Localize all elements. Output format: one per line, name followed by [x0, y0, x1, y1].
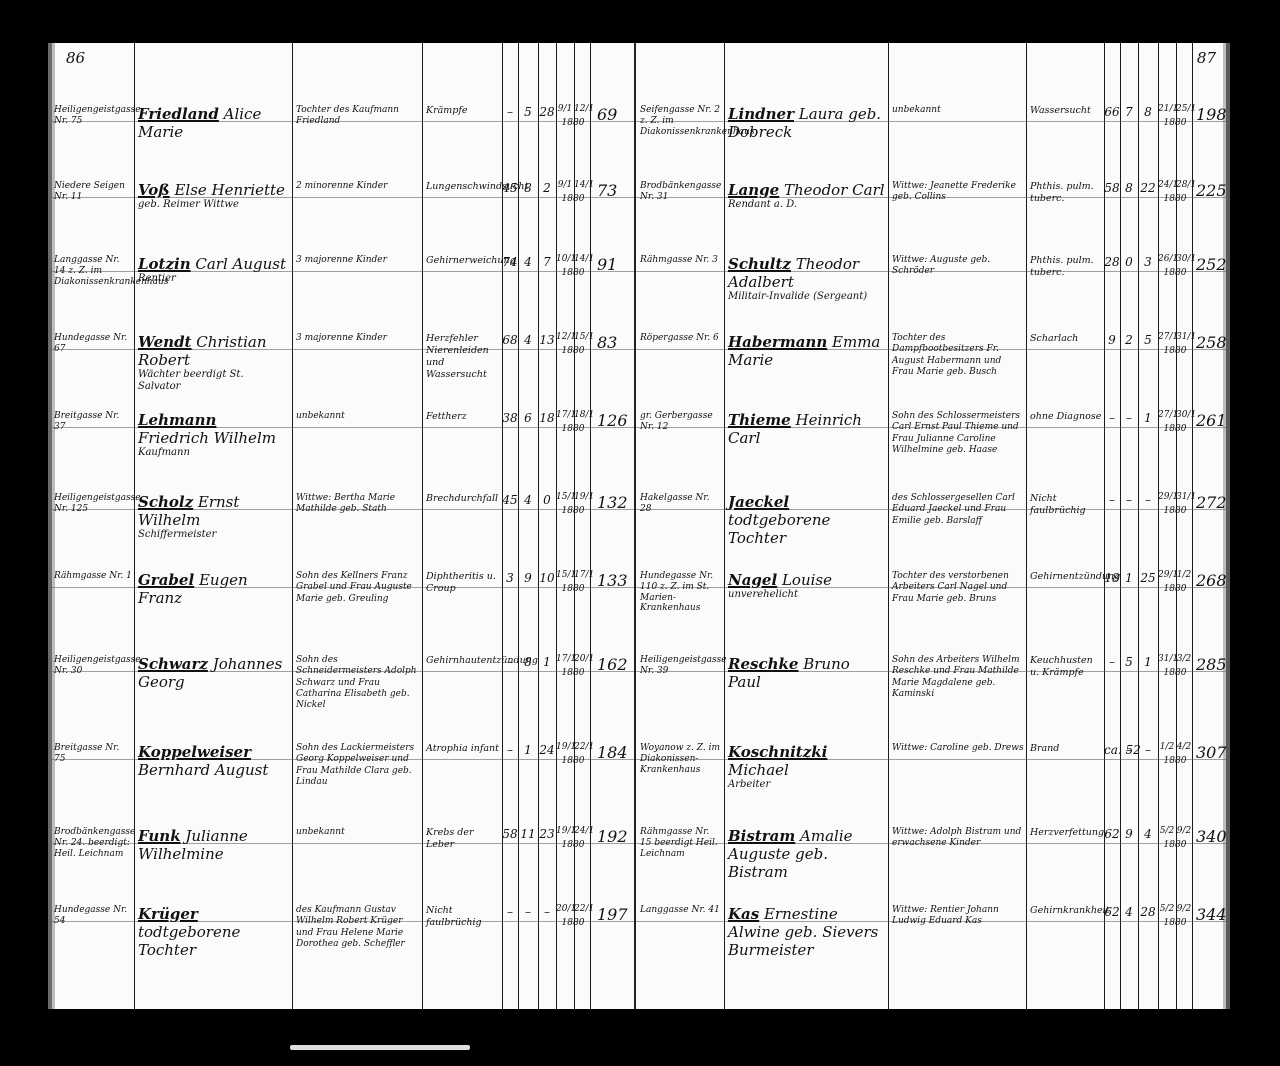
entry-death-date: 5/2: [1158, 905, 1176, 915]
entry-age-years: ca. 52: [1104, 743, 1120, 757]
entry-age-days: 1: [1138, 655, 1158, 669]
entry-given-names: Louise: [782, 571, 832, 589]
entry-surname: Grabel: [138, 571, 194, 589]
entry-age-years: 68: [502, 333, 518, 347]
entry-year: 1880: [556, 919, 590, 929]
entry-age-months: 2: [1120, 333, 1138, 347]
entry-age-days: 5: [1138, 333, 1158, 347]
entry-year: 1880: [1158, 669, 1192, 679]
entry-name: Schultz Theodor AdalbertMilitair-Invalid…: [728, 255, 886, 303]
entry-burial-date: 24/1: [574, 827, 590, 837]
entry-surname: Lehmann: [138, 411, 216, 429]
entry-burial-date: 19/1: [574, 493, 590, 503]
entry-age-months: –: [1120, 411, 1138, 425]
entry-surname: Koppelweiser: [138, 743, 251, 761]
entry-address: Niedere Seigen Nr. 11: [54, 181, 132, 203]
entry-register-number: 272: [1196, 493, 1226, 512]
entry-age-months: 8: [1120, 181, 1138, 195]
entry-survivors: Sohn des Arbeiters Wilhelm Reschke und F…: [892, 655, 1024, 700]
entry-name: Scholz Ernst WilhelmSchiffermeister: [138, 493, 288, 541]
entry-register-number: 73: [597, 181, 637, 200]
entry-given-names: Theodor Carl: [784, 181, 885, 199]
entry-year: 1880: [556, 195, 590, 205]
entry-age-days: 22: [1138, 181, 1158, 195]
entry-address: Heiligengeistgasse Nr. 39: [640, 655, 722, 677]
entry-surname: Habermann: [728, 333, 827, 351]
entry-burial-date: 30/1: [1176, 255, 1192, 265]
entry-occupation: Rendant a. D.: [728, 199, 886, 211]
entry-surname: Funk: [138, 827, 181, 845]
entry-age-days: 1: [538, 655, 556, 669]
entry-age-months: 9: [518, 571, 538, 585]
entry-name: Koschnitzki MichaelArbeiter: [728, 743, 886, 791]
entry-cause-of-death: Phthis. pulm. tuberc.: [1030, 255, 1104, 279]
entry-name: Jaeckel todtgeborene Tochter: [728, 493, 886, 547]
entry-survivors: des Kaufmann Gustav Wilhelm Robert Krüge…: [296, 905, 420, 950]
entry-name: Habermann Emma Marie: [728, 333, 886, 369]
entry-year: 1880: [1158, 425, 1192, 435]
entry-year: 1880: [1158, 507, 1192, 517]
entry-cause-of-death: Brechdurchfall: [426, 493, 502, 505]
entry-cause-of-death: Brand: [1030, 743, 1104, 755]
entry-register-number: 344: [1196, 905, 1226, 924]
entry-cause-of-death: Gehirnentzündung: [1030, 571, 1104, 583]
entry-surname: Nagel: [728, 571, 777, 589]
entry-register-number: 252: [1196, 255, 1226, 274]
entry-address: Heiligengeistgasse Nr. 75: [54, 105, 132, 127]
entry-address: Hundegasse Nr. 110 z. Z. im St. Marien-K…: [640, 571, 722, 614]
entry-address: Langgasse Nr. 41: [640, 905, 722, 916]
entry-survivors: Wittwe: Adolph Bistram und erwachsene Ki…: [892, 827, 1024, 850]
entry-age-years: –: [502, 905, 518, 919]
entry-name: Funk Julianne Wilhelmine: [138, 827, 288, 863]
entry-name: Lindner Laura geb. Dobreck: [728, 105, 886, 141]
entry-register-number: 307: [1196, 743, 1226, 762]
entry-surname: Friedland: [138, 105, 219, 123]
entry-age-days: –: [1138, 743, 1158, 757]
entry-cause-of-death: Nicht faulbrüchig: [426, 905, 502, 929]
entry-survivors: Tochter des verstorbenen Arbeiters Carl …: [892, 571, 1024, 605]
entry-survivors: 3 majorenne Kinder: [296, 255, 420, 266]
entry-death-date: 26/1: [1158, 255, 1176, 265]
entry-death-date: 24/1: [1158, 181, 1176, 191]
entry-register-number: 126: [597, 411, 637, 430]
entry-register-number: 225: [1196, 181, 1226, 200]
entry-death-date: 5/2: [1158, 827, 1176, 837]
entry-burial-date: 9/2: [1176, 827, 1192, 837]
entry-address: Röpergasse Nr. 6: [640, 333, 722, 344]
entry-surname: Bistram: [728, 827, 795, 845]
entry-address: Rähmgasse Nr. 1: [54, 571, 132, 582]
entry-age-days: –: [538, 905, 556, 919]
entry-age-days: 18: [538, 411, 556, 425]
entry-survivors: Wittwe: Jeanette Frederike geb. Collins: [892, 181, 1024, 204]
entry-age-months: 9: [1120, 827, 1138, 841]
entry-survivors: Sohn des Schneidermeisters Adolph Schwar…: [296, 655, 420, 711]
entry-surname: Voß: [138, 181, 170, 199]
entry-cause-of-death: Herzfehler Nierenleiden und Wassersucht: [426, 333, 502, 381]
entry-year: 1880: [1158, 119, 1192, 129]
entry-age-months: 1: [1120, 571, 1138, 585]
entry-name: Lange Theodor CarlRendant a. D.: [728, 181, 886, 211]
entry-address: Hundegasse Nr. 54: [54, 905, 132, 927]
right-page-number: 87: [1197, 49, 1216, 67]
entry-year: 1880: [556, 669, 590, 679]
entry-burial-date: 31/1: [1176, 493, 1192, 503]
entry-age-days: –: [1138, 493, 1158, 507]
entry-survivors: Sohn des Lackiermeisters Georg Koppelwei…: [296, 743, 420, 788]
entry-name: Nagel Louiseunverehelicht: [728, 571, 886, 601]
entry-age-months: 4: [518, 333, 538, 347]
entry-register-number: 83: [597, 333, 637, 352]
entry-year: 1880: [1158, 269, 1192, 279]
entry-year: 1880: [1158, 919, 1192, 929]
entry-age-months: 4: [518, 493, 538, 507]
entry-cause-of-death: ohne Diagnose: [1030, 411, 1104, 423]
entry-age-days: 28: [1138, 905, 1158, 919]
entry-age-months: 4: [518, 255, 538, 269]
entry-name: Schwarz Johannes Georg: [138, 655, 288, 691]
entry-age-months: 5: [1120, 655, 1138, 669]
entry-register-number: 258: [1196, 333, 1226, 352]
entry-death-date: 29/1: [1158, 571, 1176, 581]
entry-death-date: 19/1: [556, 743, 574, 753]
entry-age-months: –: [1120, 493, 1138, 507]
entry-death-date: 15/1: [556, 571, 574, 581]
entry-death-date: 31/1: [1158, 655, 1176, 665]
entry-cause-of-death: Krebs der Leber: [426, 827, 502, 851]
entry-burial-date: 12/1: [574, 105, 590, 115]
entry-age-years: –: [1104, 411, 1120, 425]
entry-cause-of-death: Phthis. pulm. tuberc.: [1030, 181, 1104, 205]
entry-occupation: Schiffermeister: [138, 529, 288, 541]
entry-survivors: des Schlossergesellen Carl Eduard Jaecke…: [892, 493, 1024, 527]
entry-occupation: Rentier: [138, 273, 288, 285]
entry-burial-date: 18/1: [574, 411, 590, 421]
entry-burial-date: 3/2: [1176, 655, 1192, 665]
entry-age-days: 2: [538, 181, 556, 195]
entry-name: Bistram Amalie Auguste geb. Bistram: [728, 827, 886, 881]
entry-year: 1880: [556, 585, 590, 595]
entry-name: Kas Ernestine Alwine geb. Sievers Burmei…: [728, 905, 886, 959]
entry-register-number: 285: [1196, 655, 1226, 674]
entry-age-years: 18: [1104, 571, 1120, 585]
entry-cause-of-death: Nicht faulbrüchig: [1030, 493, 1104, 517]
entry-age-months: 11: [518, 827, 538, 841]
entry-register-number: 184: [597, 743, 637, 762]
entry-register-number: 340: [1196, 827, 1226, 846]
entry-name: Krüger todtgeborene Tochter: [138, 905, 288, 959]
entry-age-days: 25: [1138, 571, 1158, 585]
entry-survivors: unbekannt: [296, 411, 420, 422]
entry-burial-date: 30/1: [1176, 411, 1192, 421]
entry-occupation: unverehelicht: [728, 589, 886, 601]
entry-burial-date: 1/2: [1176, 571, 1192, 581]
entry-survivors: Tochter des Dampfbootbesitzers Fr. Augus…: [892, 333, 1024, 378]
entry-age-months: –: [518, 905, 538, 919]
entry-death-date: 27/1: [1158, 333, 1176, 343]
entry-age-years: 62: [1104, 905, 1120, 919]
entry-cause-of-death: Wassersucht: [1030, 105, 1104, 117]
entry-death-date: 1/2: [1158, 743, 1176, 753]
entry-given-names: Michael: [728, 761, 789, 779]
entry-address: Langgasse Nr. 14 z. Z. im Diakonissenkra…: [54, 255, 132, 287]
entry-surname: Krüger: [138, 905, 198, 923]
entry-death-date: 21/1: [1158, 105, 1176, 115]
entry-address: Breitgasse Nr. 37: [54, 411, 132, 433]
entry-age-days: 23: [538, 827, 556, 841]
entry-address: Heiligengeistgasse Nr. 30: [54, 655, 132, 677]
entry-death-date: 9/1: [556, 105, 574, 115]
entry-surname: Kas: [728, 905, 759, 923]
entry-age-years: 66: [1104, 105, 1120, 119]
entry-cause-of-death: Atrophia infant: [426, 743, 502, 755]
entry-occupation: Militair-Invalide (Sergeant): [728, 291, 886, 303]
entry-year: 1880: [556, 841, 590, 851]
entry-age-months: 8: [518, 181, 538, 195]
entry-surname: Jaeckel: [728, 493, 789, 511]
entry-age-days: 10: [538, 571, 556, 585]
entry-survivors: Wittwe: Caroline geb. Drews: [892, 743, 1024, 754]
entry-death-date: 20/1: [556, 905, 574, 915]
entry-death-date: 17/1: [556, 411, 574, 421]
entry-cause-of-death: Gehirnerweichung: [426, 255, 502, 267]
entry-age-months: 4: [1120, 905, 1138, 919]
entry-age-days: 24: [538, 743, 556, 757]
entry-occupation: Arbeiter: [728, 779, 886, 791]
entry-age-years: –: [1104, 493, 1120, 507]
entry-age-years: 9: [1104, 333, 1120, 347]
entry-register-number: 133: [597, 571, 637, 590]
entry-burial-date: 14/1: [574, 181, 590, 191]
entry-register-number: 69: [597, 105, 637, 124]
entry-address: Brodbänkengasse Nr. 31: [640, 181, 722, 203]
entry-survivors: Sohn des Kellners Franz Grabel und Frau …: [296, 571, 420, 605]
entry-age-days: 0: [538, 493, 556, 507]
entry-death-date: 15/1: [556, 493, 574, 503]
entry-survivors: Sohn des Schlossermeisters Carl Ernst Pa…: [892, 411, 1024, 456]
entry-year: 1880: [556, 119, 590, 129]
entry-address: Seifengasse Nr. 2 z. Z. im Diakonissenkr…: [640, 105, 722, 137]
entry-cause-of-death: Krämpfe: [426, 105, 502, 117]
entry-year: 1880: [556, 507, 590, 517]
entry-burial-date: 25/1: [1176, 105, 1192, 115]
entry-burial-date: 31/1: [1176, 333, 1192, 343]
entry-year: 1880: [556, 269, 590, 279]
entry-occupation: geb. Reimer Wittwe: [138, 199, 288, 211]
entry-survivors: unbekannt: [296, 827, 420, 838]
entry-age-years: –: [1104, 655, 1120, 669]
entry-burial-date: 15/1: [574, 333, 590, 343]
entry-cause-of-death: Lungenschwindsucht: [426, 181, 502, 193]
entry-surname: Lotzin: [138, 255, 191, 273]
entry-register-number: 192: [597, 827, 637, 846]
entry-survivors: Wittwe: Rentier Johann Ludwig Eduard Kas: [892, 905, 1024, 928]
entry-burial-date: 9/2: [1176, 905, 1192, 915]
entry-address: Hakelgasse Nr. 28: [640, 493, 722, 515]
entry-age-years: –: [502, 105, 518, 119]
right-page: 87 Seifengasse Nr. 2 z. Z. im Diakonisse…: [636, 43, 1230, 1009]
entry-age-years: 45: [502, 493, 518, 507]
entry-age-months: 6: [518, 411, 538, 425]
entry-survivors: Wittwe: Bertha Marie Mathilde geb. Stath: [296, 493, 420, 516]
entry-surname: Lindner: [728, 105, 794, 123]
entry-cause-of-death: Diphtheritis u. Croup: [426, 571, 502, 595]
entry-burial-date: 4/2: [1176, 743, 1192, 753]
entry-age-months: 5: [518, 105, 538, 119]
entry-given-names: Bernhard August: [138, 761, 268, 779]
entry-burial-date: 22/1: [574, 905, 590, 915]
entry-year: 1880: [556, 757, 590, 767]
entry-death-date: 27/1: [1158, 411, 1176, 421]
entry-given-names: todtgeborene Tochter: [138, 923, 240, 959]
entry-surname: Thieme: [728, 411, 791, 429]
entry-given-names: Else Henriette: [174, 181, 285, 199]
entry-age-months: 8: [518, 655, 538, 669]
entry-death-date: 12/1: [556, 333, 574, 343]
entry-address: Breitgasse Nr. 75: [54, 743, 132, 765]
entry-age-days: 4: [1138, 827, 1158, 841]
entry-death-date: 17/1: [556, 655, 574, 665]
entry-year: 1880: [1158, 841, 1192, 851]
entry-cause-of-death: Fettherz: [426, 411, 502, 423]
entry-name: Koppelweiser Bernhard August: [138, 743, 288, 779]
entry-name: Reschke Bruno Paul: [728, 655, 886, 691]
entry-age-months: 1: [518, 743, 538, 757]
entry-age-days: 3: [1138, 255, 1158, 269]
entry-year: 1880: [1158, 347, 1192, 357]
entry-death-date: 19/1: [556, 827, 574, 837]
entry-age-months: 7: [1120, 105, 1138, 119]
entry-age-years: 38: [502, 411, 518, 425]
entry-age-days: 8: [1138, 105, 1158, 119]
entry-surname: Wendt: [138, 333, 192, 351]
entry-age-days: 7: [538, 255, 556, 269]
entry-survivors: unbekannt: [892, 105, 1024, 116]
entry-burial-date: 28/1: [1176, 181, 1192, 191]
entry-occupation: Wächter beerdigt St. Salvator: [138, 369, 288, 393]
entry-cause-of-death: Gehirnkrankheit: [1030, 905, 1104, 917]
entry-year: 1880: [1158, 195, 1192, 205]
entry-name: Thieme Heinrich Carl: [728, 411, 886, 447]
entry-age-months: –: [1120, 743, 1138, 757]
entry-age-years: 74: [502, 255, 518, 269]
entry-burial-date: 22/1: [574, 743, 590, 753]
entry-age-years: –: [502, 743, 518, 757]
entry-age-years: –: [502, 655, 518, 669]
entry-address: Rähmgasse Nr. 15 beerdigt Heil. Leichnam: [640, 827, 722, 859]
entry-address: Brodbänkengasse Nr. 24. beerdigt: Heil. …: [54, 827, 132, 859]
entry-name: Lehmann Friedrich WilhelmKaufmann: [138, 411, 288, 459]
entry-year: 1880: [556, 347, 590, 357]
entry-cause-of-death: Herzverfettung: [1030, 827, 1104, 839]
entry-age-years: 58: [1104, 181, 1120, 195]
entry-surname: Reschke: [728, 655, 798, 673]
entry-name: Lotzin Carl AugustRentier: [138, 255, 288, 285]
entry-name: Grabel Eugen Franz: [138, 571, 288, 607]
entry-year: 1880: [1158, 757, 1192, 767]
entry-surname: Schwarz: [138, 655, 208, 673]
entry-death-date: 10/1: [556, 255, 574, 265]
entry-cause-of-death: Gehirnhautentzündung: [426, 655, 502, 667]
entry-burial-date: 20/1: [574, 655, 590, 665]
entry-address: Hundegasse Nr. 67: [54, 333, 132, 355]
entry-burial-date: 17/1: [574, 571, 590, 581]
entry-register-number: 132: [597, 493, 637, 512]
entry-cause-of-death: Scharlach: [1030, 333, 1104, 345]
left-page: 86 Heiligengeistgasse Nr. 75Friedland Al…: [48, 43, 640, 1009]
entry-surname: Koschnitzki: [728, 743, 827, 761]
entry-register-number: 91: [597, 255, 637, 274]
entry-register-number: 198: [1196, 105, 1226, 124]
entry-occupation: Kaufmann: [138, 447, 288, 459]
entry-cause-of-death: Keuchhusten u. Krämpfe: [1030, 655, 1104, 679]
entry-name: Wendt Christian RobertWächter beerdigt S…: [138, 333, 288, 393]
entry-name: Friedland Alice Marie: [138, 105, 288, 141]
entry-register-number: 268: [1196, 571, 1226, 590]
entry-age-days: 28: [538, 105, 556, 119]
entry-age-days: 13: [538, 333, 556, 347]
entry-age-years: 3: [502, 571, 518, 585]
entry-given-names: todtgeborene Tochter: [728, 511, 830, 547]
entry-age-years: 62: [1104, 827, 1120, 841]
entry-survivors: Wittwe: Auguste geb. Schröder: [892, 255, 1024, 278]
entry-age-days: 1: [1138, 411, 1158, 425]
entry-age-years: 58: [502, 827, 518, 841]
entry-survivors: 3 majorenne Kinder: [296, 333, 420, 344]
entry-given-names: Carl August: [195, 255, 286, 273]
entry-survivors: Tochter des Kaufmann Friedland: [296, 105, 420, 128]
entry-address: Woyanow z. Z. im Diakonissen-Krankenhaus: [640, 743, 722, 775]
paper-scrap: [290, 1045, 470, 1050]
entry-register-number: 162: [597, 655, 637, 674]
entry-age-years: 28: [1104, 255, 1120, 269]
entry-death-date: 9/1: [556, 181, 574, 191]
entry-surname: Lange: [728, 181, 779, 199]
entry-surname: Schultz: [728, 255, 791, 273]
entry-register-number: 261: [1196, 411, 1226, 430]
entry-surname: Scholz: [138, 493, 193, 511]
entry-survivors: 2 minorenne Kinder: [296, 181, 420, 192]
entry-address: Rähmgasse Nr. 3: [640, 255, 722, 266]
entry-address: Heiligengeistgasse Nr. 125: [54, 493, 132, 515]
entry-name: Voß Else Henriettegeb. Reimer Wittwe: [138, 181, 288, 211]
entry-given-names: Friedrich Wilhelm: [138, 429, 276, 447]
entry-year: 1880: [1158, 585, 1192, 595]
entry-year: 1880: [556, 425, 590, 435]
entry-address: gr. Gerbergasse Nr. 12: [640, 411, 722, 433]
left-page-number: 86: [66, 49, 85, 67]
entry-burial-date: 14/1: [574, 255, 590, 265]
entry-age-years: 45: [502, 181, 518, 195]
entry-age-months: 0: [1120, 255, 1138, 269]
entry-death-date: 29/1: [1158, 493, 1176, 503]
entry-register-number: 197: [597, 905, 637, 924]
